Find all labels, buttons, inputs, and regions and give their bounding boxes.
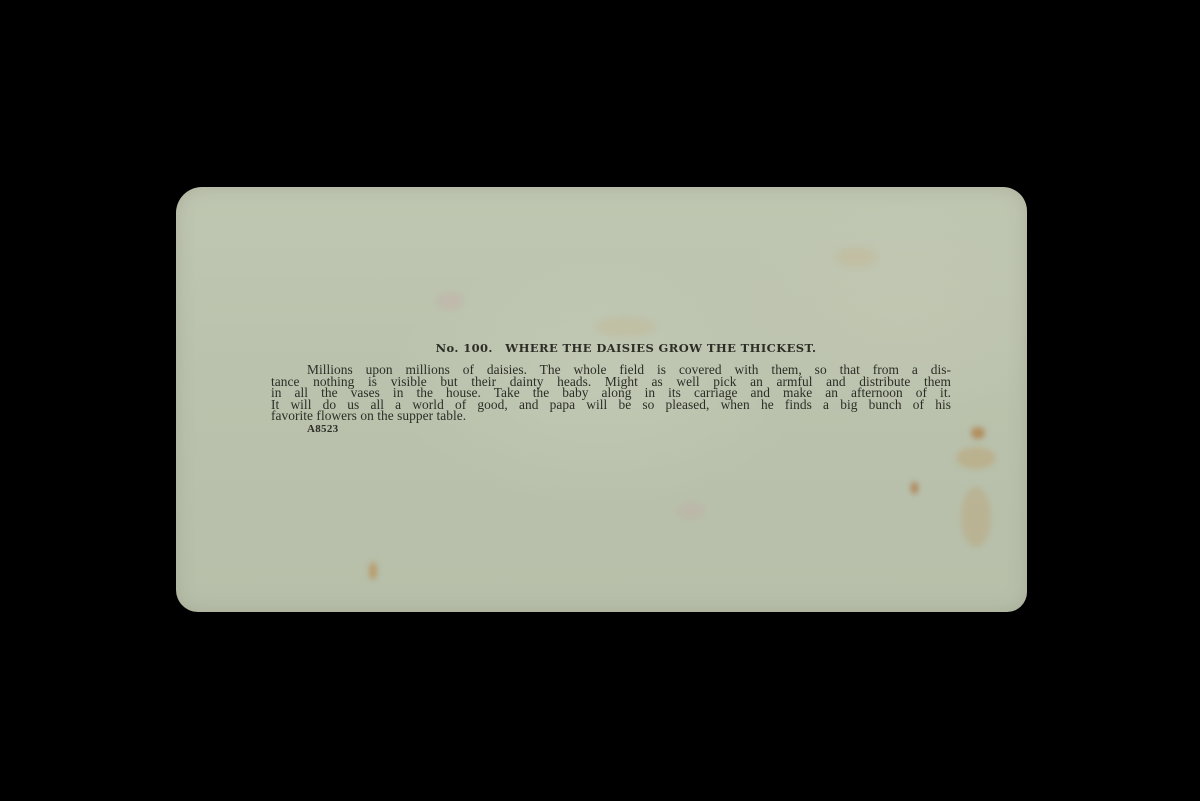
- stain-mark: [436, 292, 464, 310]
- body-text-line: favorite flowers on the supper table.: [271, 410, 951, 422]
- caption-block: No. 100. WHERE THE DAISIES GROW THE THIC…: [271, 341, 951, 435]
- catalog-number: A8523: [307, 423, 951, 435]
- stereoview-card-back: No. 100. WHERE THE DAISIES GROW THE THIC…: [176, 187, 1027, 612]
- stain-mark: [971, 427, 985, 439]
- stain-mark: [956, 447, 996, 469]
- stain-mark: [836, 247, 876, 267]
- black-backdrop: No. 100. WHERE THE DAISIES GROW THE THIC…: [0, 0, 1200, 801]
- card-heading: WHERE THE DAISIES GROW THE THICKEST.: [505, 341, 816, 355]
- stain-mark: [596, 317, 656, 337]
- card-title: No. 100. WHERE THE DAISIES GROW THE THIC…: [301, 341, 951, 355]
- stain-mark: [369, 562, 377, 580]
- card-number: No. 100.: [436, 341, 493, 355]
- stain-mark: [911, 482, 918, 494]
- stain-mark: [961, 487, 991, 547]
- stain-mark: [676, 502, 706, 520]
